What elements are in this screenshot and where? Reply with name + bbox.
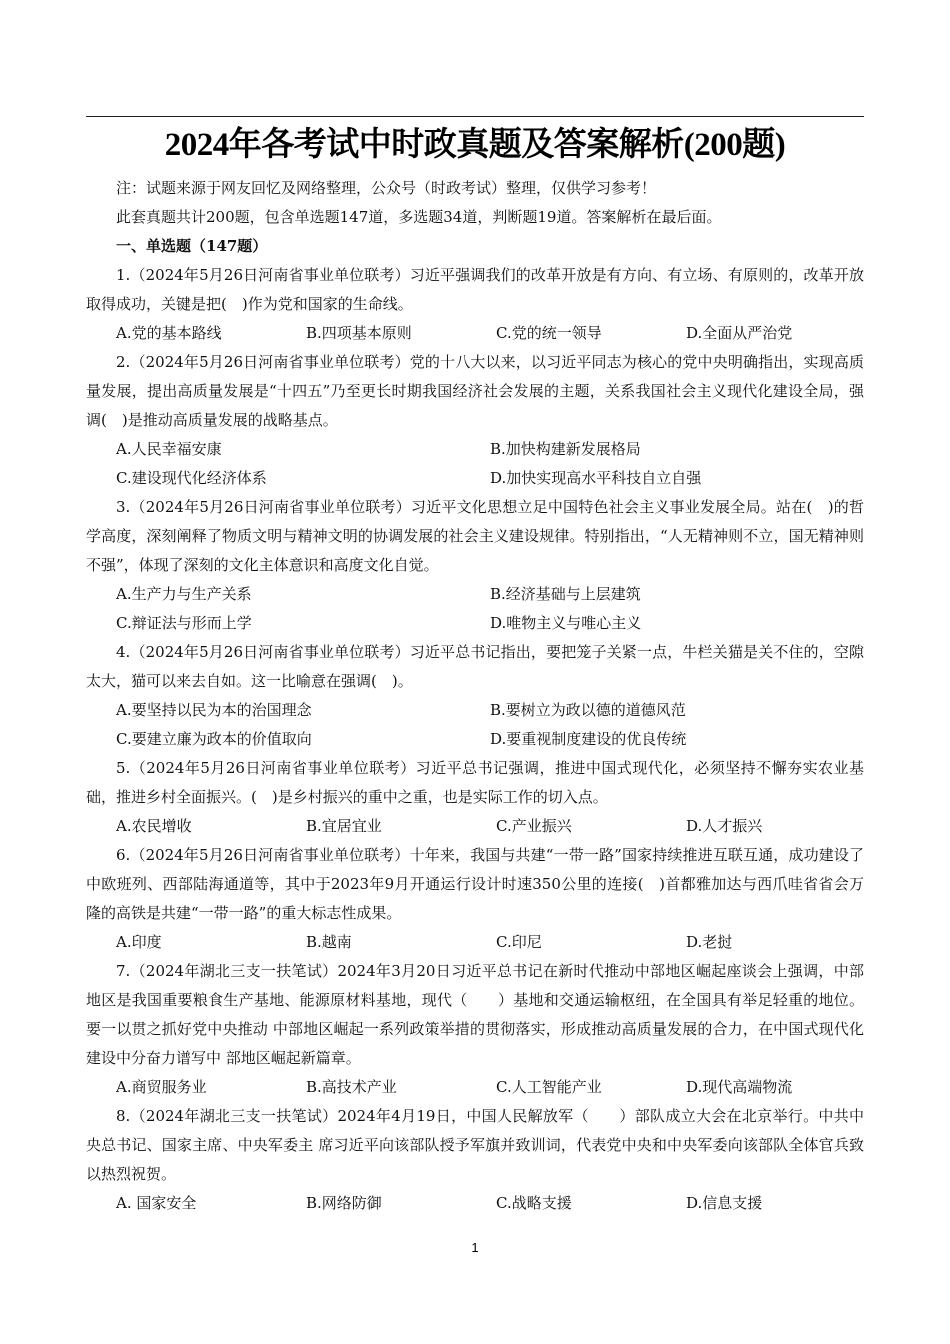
option-row: A.要坚持以民为本的治国理念 B.要树立为政以德的道德风范 — [86, 696, 864, 725]
option-row: A.党的基本路线 B.四项基本原则 C.党的统一领导 D.全面从严治党 — [86, 319, 864, 348]
summary-text: 此套真题共计200题，包含单选题147道，多选题34道，判断题19道。答案解析在… — [86, 203, 864, 232]
option-c: C.党的统一领导 — [496, 319, 686, 348]
option-c: C.人工智能产业 — [496, 1073, 686, 1102]
option-row: A.人民幸福安康 B.加快构建新发展格局 — [86, 435, 864, 464]
question-stem: 2.（2024年5月26日河南省事业单位联考）党的十八大以来，以习近平同志为核心… — [86, 348, 864, 435]
question-2: 2.（2024年5月26日河南省事业单位联考）党的十八大以来，以习近平同志为核心… — [86, 348, 864, 493]
option-c: C.要建立廉为政本的价值取向 — [116, 725, 490, 754]
question-stem: 1.（2024年5月26日河南省事业单位联考）习近平强调我们的改革开放是有方向、… — [86, 261, 864, 319]
option-d: D.人才振兴 — [686, 812, 762, 841]
option-row: A.生产力与生产关系 B.经济基础与上层建筑 — [86, 580, 864, 609]
question-7: 7.（2024年湖北三支一扶笔试）2024年3月20日习近平总书记在新时代推动中… — [86, 957, 864, 1102]
question-8: 8.（2024年湖北三支一扶笔试）2024年4月19日，中国人民解放军（ ）部队… — [86, 1102, 864, 1218]
option-a: A. 国家安全 — [116, 1189, 306, 1218]
option-c: C.印尼 — [496, 928, 686, 957]
option-b: B.高技术产业 — [306, 1073, 496, 1102]
option-row: A. 国家安全 B.网络防御 C.战略支援 D.信息支援 — [86, 1189, 864, 1218]
option-a: A.农民增收 — [116, 812, 306, 841]
question-1: 1.（2024年5月26日河南省事业单位联考）习近平强调我们的改革开放是有方向、… — [86, 261, 864, 348]
option-d: D.加快实现高水平科技自立自强 — [490, 464, 864, 493]
question-stem: 7.（2024年湖北三支一扶笔试）2024年3月20日习近平总书记在新时代推动中… — [86, 957, 864, 1073]
option-a: A.党的基本路线 — [116, 319, 306, 348]
option-c: C.辩证法与形而上学 — [116, 609, 490, 638]
question-stem: 6.（2024年5月26日河南省事业单位联考）十年来，我国与共建“一带一路”国家… — [86, 841, 864, 928]
option-c: C.建设现代化经济体系 — [116, 464, 490, 493]
option-row: C.要建立廉为政本的价值取向 D.要重视制度建设的优良传统 — [86, 725, 864, 754]
header-rule — [86, 116, 864, 117]
option-a: A.人民幸福安康 — [116, 435, 490, 464]
option-row: C.建设现代化经济体系 D.加快实现高水平科技自立自强 — [86, 464, 864, 493]
option-d: D.全面从严治党 — [686, 319, 792, 348]
option-a: A.要坚持以民为本的治国理念 — [116, 696, 490, 725]
option-a: A.商贸服务业 — [116, 1073, 306, 1102]
option-b: B.加快构建新发展格局 — [490, 435, 864, 464]
document-page: 2024年各考试中时政真题及答案解析(200题) 注：试题来源于网友回忆及网络整… — [0, 0, 950, 1344]
question-5: 5.（2024年5月26日河南省事业单位联考）习近平总书记强调，推进中国式现代化… — [86, 754, 864, 841]
question-stem: 4.（2024年5月26日河南省事业单位联考）习近平总书记指出，要把笼子关紧一点… — [86, 638, 864, 696]
option-a: A.印度 — [116, 928, 306, 957]
question-3: 3.（2024年5月26日河南省事业单位联考）习近平文化思想立足中国特色社会主义… — [86, 493, 864, 638]
option-d: D.信息支援 — [686, 1189, 762, 1218]
option-row: A.农民增收 B.宜居宜业 C.产业振兴 D.人才振兴 — [86, 812, 864, 841]
question-6: 6.（2024年5月26日河南省事业单位联考）十年来，我国与共建“一带一路”国家… — [86, 841, 864, 957]
option-b: B.要树立为政以德的道德风范 — [490, 696, 864, 725]
question-stem: 3.（2024年5月26日河南省事业单位联考）习近平文化思想立足中国特色社会主义… — [86, 493, 864, 580]
option-b: B.四项基本原则 — [306, 319, 496, 348]
option-b: B.经济基础与上层建筑 — [490, 580, 864, 609]
option-d: D.唯物主义与唯心主义 — [490, 609, 864, 638]
option-c: C.战略支援 — [496, 1189, 686, 1218]
option-row: A.商贸服务业 B.高技术产业 C.人工智能产业 D.现代高端物流 — [86, 1073, 864, 1102]
option-row: C.辩证法与形而上学 D.唯物主义与唯心主义 — [86, 609, 864, 638]
page-number: 1 — [0, 1240, 950, 1255]
option-d: D.现代高端物流 — [686, 1073, 792, 1102]
question-stem: 5.（2024年5月26日河南省事业单位联考）习近平总书记强调，推进中国式现代化… — [86, 754, 864, 812]
option-b: B.网络防御 — [306, 1189, 496, 1218]
option-d: D.老挝 — [686, 928, 732, 957]
option-c: C.产业振兴 — [496, 812, 686, 841]
option-d: D.要重视制度建设的优良传统 — [490, 725, 864, 754]
option-b: B.宜居宜业 — [306, 812, 496, 841]
question-4: 4.（2024年5月26日河南省事业单位联考）习近平总书记指出，要把笼子关紧一点… — [86, 638, 864, 754]
source-note: 注：试题来源于网友回忆及网络整理，公众号（时政考试）整理，仅供学习参考！ — [86, 174, 864, 203]
document-title: 2024年各考试中时政真题及答案解析(200题) — [86, 122, 864, 168]
section-heading: 一、单选题（147题） — [86, 232, 864, 261]
option-b: B.越南 — [306, 928, 496, 957]
option-a: A.生产力与生产关系 — [116, 580, 490, 609]
document-body: 注：试题来源于网友回忆及网络整理，公众号（时政考试）整理，仅供学习参考！ 此套真… — [86, 174, 864, 1218]
option-row: A.印度 B.越南 C.印尼 D.老挝 — [86, 928, 864, 957]
question-stem: 8.（2024年湖北三支一扶笔试）2024年4月19日，中国人民解放军（ ）部队… — [86, 1102, 864, 1189]
